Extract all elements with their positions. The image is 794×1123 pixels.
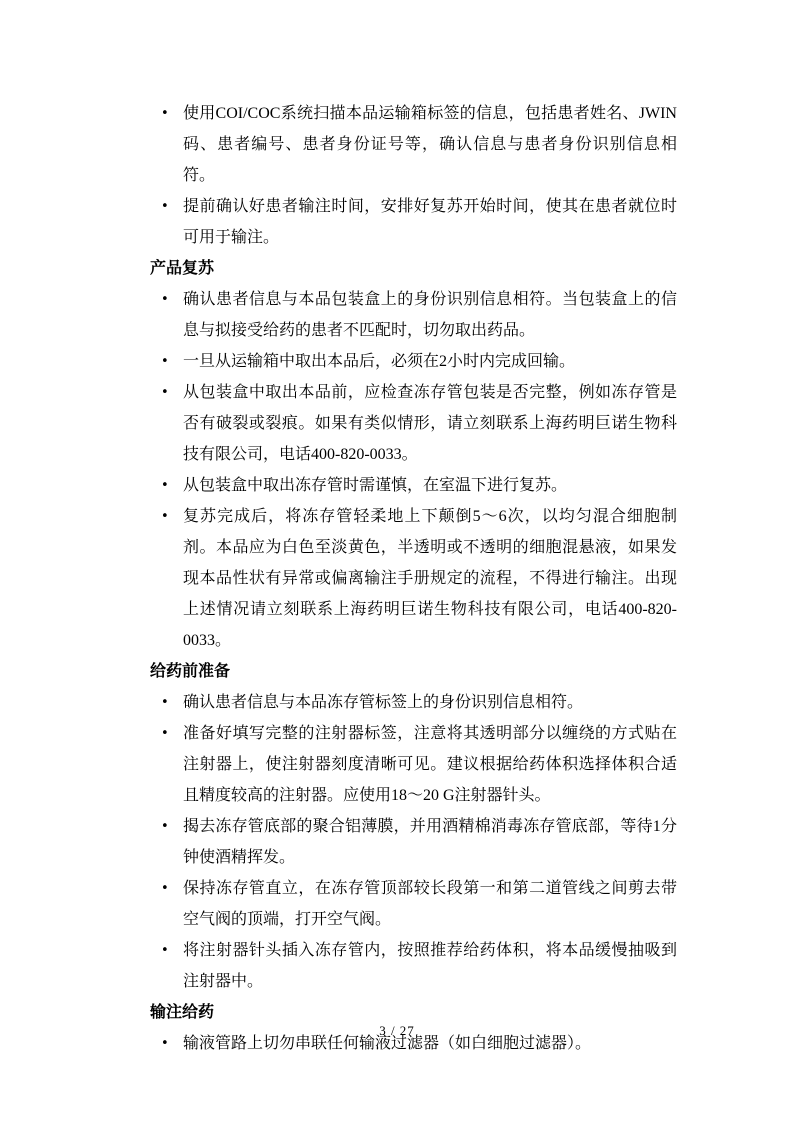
bullet-icon: •: [161, 811, 169, 842]
page-content: • 使用COI/COC系统扫描本品运输箱标签的信息，包括患者姓名、JWIN码、患…: [150, 98, 677, 1059]
bullet-list: • 确认患者信息与本品冻存管标签上的身份识别信息相符。 • 准备好填写完整的注射…: [150, 687, 677, 997]
bullet-text: 使用COI/COC系统扫描本品运输箱标签的信息，包括患者姓名、JWIN码、患者编…: [183, 105, 677, 184]
list-item: • 保持冻存管直立，在冻存管顶部较长段第一和第二道管线之间剪去带空气阀的顶端，打…: [150, 873, 677, 935]
bullet-list: • 使用COI/COC系统扫描本品运输箱标签的信息，包括患者姓名、JWIN码、患…: [150, 98, 677, 253]
bullet-icon: •: [161, 346, 169, 377]
bullet-text: 复苏完成后，将冻存管轻柔地上下颠倒5～6次，以均匀混合细胞制剂。本品应为白色至淡…: [183, 508, 677, 649]
list-item: • 揭去冻存管底部的聚合铝薄膜，并用酒精棉消毒冻存管底部，等待1分钟使酒精挥发。: [150, 811, 677, 873]
section-heading-pre-administration: 给药前准备: [150, 656, 677, 687]
list-item: • 从包装盒中取出冻存管时需谨慎，在室温下进行复苏。: [150, 470, 677, 501]
bullet-text: 从包装盒中取出本品前，应检查冻存管包装是否完整，例如冻存管是否有破裂或裂痕。如果…: [183, 384, 677, 463]
bullet-icon: •: [161, 470, 169, 501]
bullet-text: 从包装盒中取出冻存管时需谨慎，在室温下进行复苏。: [183, 477, 567, 494]
bullet-text: 提前确认好患者输注时间，安排好复苏开始时间，使其在患者就位时可用于输注。: [183, 198, 677, 246]
list-item: • 复苏完成后，将冻存管轻柔地上下颠倒5～6次，以均匀混合细胞制剂。本品应为白色…: [150, 501, 677, 656]
bullet-icon: •: [161, 718, 169, 749]
list-item: • 提前确认好患者输注时间，安排好复苏开始时间，使其在患者就位时可用于输注。: [150, 191, 677, 253]
bullet-icon: •: [161, 284, 169, 315]
bullet-icon: •: [161, 191, 169, 222]
list-item: • 确认患者信息与本品包装盒上的身份识别信息相符。当包装盒上的信息与拟接受给药的…: [150, 284, 677, 346]
bullet-text: 揭去冻存管底部的聚合铝薄膜，并用酒精棉消毒冻存管底部，等待1分钟使酒精挥发。: [183, 818, 677, 866]
bullet-icon: •: [161, 935, 169, 966]
bullet-text: 保持冻存管直立，在冻存管顶部较长段第一和第二道管线之间剪去带空气阀的顶端，打开空…: [183, 880, 677, 928]
list-item: • 确认患者信息与本品冻存管标签上的身份识别信息相符。: [150, 687, 677, 718]
list-item: • 将注射器针头插入冻存管内，按照推荐给药体积，将本品缓慢抽吸到注射器中。: [150, 935, 677, 997]
bullet-text: 确认患者信息与本品包装盒上的身份识别信息相符。当包装盒上的信息与拟接受给药的患者…: [183, 291, 677, 339]
bullet-icon: •: [161, 873, 169, 904]
bullet-icon: •: [161, 687, 169, 718]
section-heading-product-resuscitation: 产品复苏: [150, 253, 677, 284]
bullet-icon: •: [161, 501, 169, 532]
page-number: 3 / 27: [0, 1022, 794, 1040]
list-item: • 准备好填写完整的注射器标签，注意将其透明部分以缠绕的方式贴在注射器上，使注射…: [150, 718, 677, 811]
bullet-text: 准备好填写完整的注射器标签，注意将其透明部分以缠绕的方式贴在注射器上，使注射器刻…: [183, 725, 677, 804]
list-item: • 从包装盒中取出本品前，应检查冻存管包装是否完整，例如冻存管是否有破裂或裂痕。…: [150, 377, 677, 470]
bullet-icon: •: [161, 98, 169, 129]
list-item: • 使用COI/COC系统扫描本品运输箱标签的信息，包括患者姓名、JWIN码、患…: [150, 98, 677, 191]
bullet-text: 一旦从运输箱中取出本品后，必须在2小时内完成回输。: [183, 353, 575, 370]
bullet-list: • 确认患者信息与本品包装盒上的身份识别信息相符。当包装盒上的信息与拟接受给药的…: [150, 284, 677, 656]
bullet-text: 确认患者信息与本品冻存管标签上的身份识别信息相符。: [183, 694, 583, 711]
list-item: • 一旦从运输箱中取出本品后，必须在2小时内完成回输。: [150, 346, 677, 377]
bullet-text: 将注射器针头插入冻存管内，按照推荐给药体积，将本品缓慢抽吸到注射器中。: [183, 942, 677, 990]
bullet-icon: •: [161, 377, 169, 408]
